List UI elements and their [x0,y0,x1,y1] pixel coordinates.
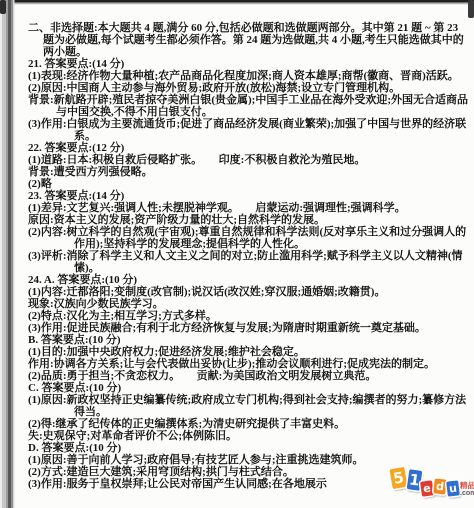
scan-top-edge [0,0,474,5]
watermark-domain-label: .com [460,490,474,497]
paragraph-sub: 背景:新航路开辟;殖民者掠夺美洲白银(贵金属);中国手工业品在海外受欢迎;外国无… [28,94,468,118]
scan-left-edge [0,0,15,508]
paragraph-item: (1)内容:迁都洛阳;变制度(改官制);说汉话(改汉姓;穿汉服;通婚姻;改籍贯)… [28,286,468,298]
paragraph-sub: 原因:资本主义的发展;资产阶级力量的壮大;自然科学的发展。 [28,214,468,226]
paragraph-sub: 失:史观保守;对革命者评价不公;体例陈旧。 [28,430,468,442]
paragraph-item: (3)作用:促进民族融合;有利于北方经济恢复与发展;为隋唐时期重新统一奠定基础。 [28,322,468,334]
paragraph-item: (2)得:继承了纪传体的正史编撰体系;为清史研究提供了丰富史料。 [28,418,468,430]
watermark-tile-d: d [433,478,447,494]
paragraph-section: 22. 答案要点:(12 分) [28,142,468,154]
paragraph-item: (2)原因:中国商人主动参与海外贸易;政府开放(放松)海禁;设立专门管理机构。 [28,82,468,94]
paragraph-sub: 现象:汉族向少数民族学习。 [28,298,468,310]
document-content: 二、非选择题:本大题共 4 题,满分 60 分,包括必做题和选做题两部分。其中第… [13,5,474,508]
paragraph-item: (2)品质:勇于担当;不贪恋权力。 贡献:为美国政治文明发展树立典范。 [28,370,468,382]
paragraph-item: (2)略 [28,178,468,190]
paragraph-section: D. 答案要点:(10 分) [28,442,468,454]
paragraph-item: (3)评析:消除了科学主义和人文主义之间的对立;防止滥用科学;赋予科学主义以人文… [28,250,468,274]
paragraph-header: 二、非选择题:本大题共 4 题,满分 60 分,包括必做题和选做题两部分。其中第… [28,22,468,58]
paragraph-item: (2)特点:汉化为主;相互学习;方式多样。 [28,310,468,322]
paragraph-item: (3)作用:白银成为主要流通货币;促进了商品经济发展(商业繁荣);加强了中国与世… [28,118,468,142]
paragraph-section: C. 答案要点:(10 分) [28,382,468,394]
paragraph-section: 24. A. 答案要点:(10 分) [28,274,468,286]
scan-artifact [468,0,474,18]
scanned-exam-answer-page: 二、非选择题:本大题共 4 题,满分 60 分,包括必做题和选做题两部分。其中第… [0,0,474,508]
paragraph-item: (1)表现:经济作物大量种植;农产品商品化程度加深;商人资本雄厚;商帮(徽商、晋… [28,70,468,82]
paragraph-item: (1)差异:文艺复兴:强调人性;未摆脱神学观。 启蒙运动:强调理性;强调科学。 [28,202,468,214]
paragraph-section: 21. 答案要点:(14 分) [28,58,468,70]
paragraph-section: B. 答案要点:(10 分) [28,334,468,346]
paragraph-item: (1)目的:加强中央政府权力;促进经济发展;维护社会稳定。 [28,346,468,358]
paragraph-section: 23. 答案要点:(14 分) [28,190,468,202]
51edu-watermark-logo: 51edu 精品学习网 .com [390,464,474,508]
paragraph-sub: 背景:遭受西方列强侵略。 [28,166,468,178]
watermark-tile-e: e [420,480,434,497]
watermark-tile-5: 5 [389,467,407,489]
scan-artifact [0,0,4,8]
paragraph-item: (1)原因:新政权坚持正史编纂传统;政府成立专门机构;得到社会支持;编撰者的努力… [28,394,468,418]
paragraph-item: (1)道路:日本:积极自救后侵略扩张。 印度:不积极自救沦为殖民地。 [28,154,468,166]
paragraph-item: (2)内容:树立科学的自然观(宇宙观);尊重自然规律和科学法则(反对享乐主义和过… [28,226,468,250]
watermark-tile-u: u [446,480,460,496]
paragraph-sub: 作用:协调各方关系;让与会代表做出妥协(让步);推动会议顺利进行;促成宪法的制定… [28,358,468,370]
